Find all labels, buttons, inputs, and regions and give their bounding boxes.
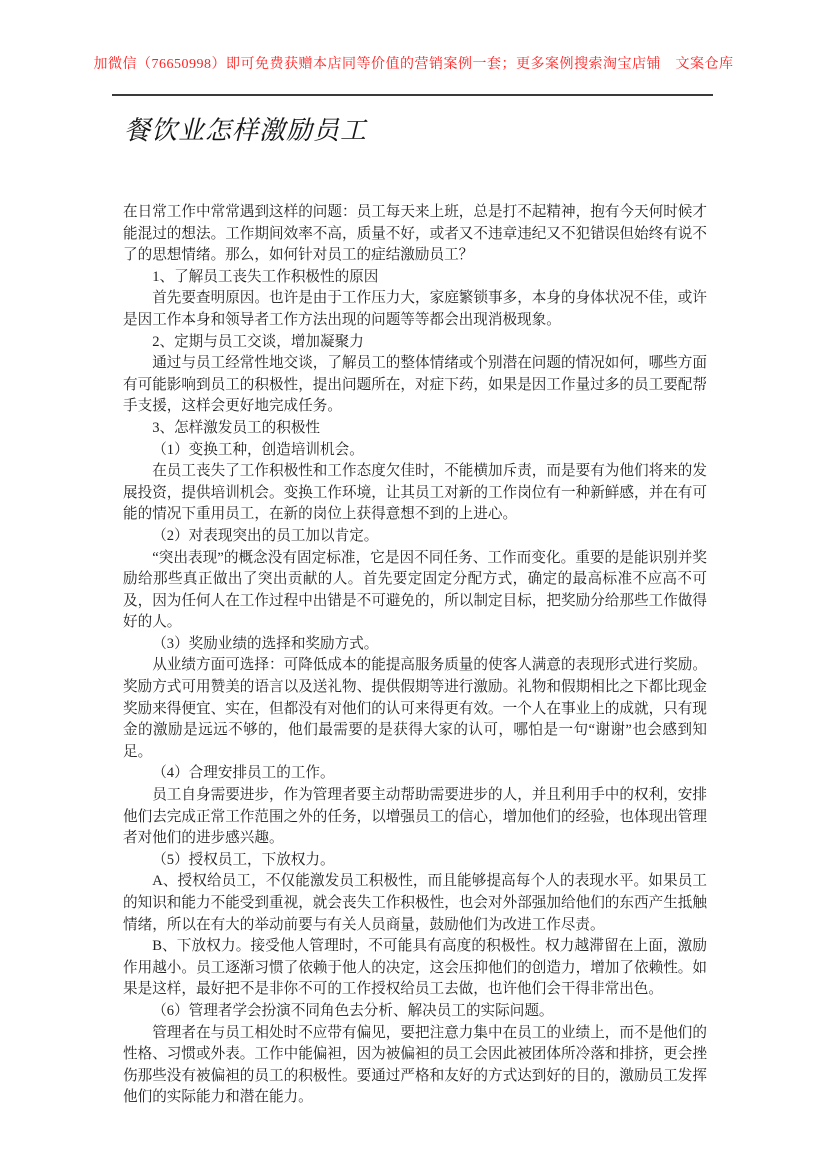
heading-sub-3: （3）奖励业绩的选择和奖励方式。: [123, 634, 707, 656]
header-promo-text: 加微信（76650998）即可免费获赠本店同等价值的营销案例一套；更多案例搜索淘…: [60, 53, 767, 73]
heading-sub-6: （6）管理者学会扮演不同角色去分析、解决员工的实际问题。: [123, 1001, 707, 1023]
heading-item-3: 3、怎样激发员工的积极性: [123, 418, 707, 440]
paragraph-intro: 在日常工作中常常遇到这样的问题：员工每天来上班，总是打不起精神，抱有今天何时候才…: [123, 202, 707, 267]
heading-sub-5: （5）授权员工，下放权力。: [123, 850, 707, 872]
header-divider: [112, 94, 713, 96]
paragraph-empower-a: A、授权给员工，不仅能激发员工积极性，而且能够提高每个人的表现水平。如果员工的知…: [123, 871, 707, 936]
heading-sub-1: （1）变换工种，创造培训机会。: [123, 440, 707, 462]
page-title: 餐饮业怎样激励员工: [124, 110, 367, 147]
paragraph-standout: “突出表现”的概念没有固定标准，它是因不同任务、工作而变化。重要的是能识别并奖励…: [123, 548, 707, 634]
heading-sub-4: （4）合理安排员工的工作。: [123, 763, 707, 785]
paragraph-arrange: 员工自身需要进步，作为管理者要主动帮助需要进步的人，并且利用手中的权利，安排他们…: [123, 785, 707, 850]
paragraph-training: 在员工丧失了工作积极性和工作态度欠佳时，不能横加斥责，而是要有为他们将来的发展投…: [123, 461, 707, 526]
paragraph-empower-b: B、下放权力。接受他人管理时，不可能具有高度的积极性。权力越滞留在上面，激励作用…: [123, 936, 707, 1001]
paragraph-rewards: 从业绩方面可选择：可降低成本的能提高服务质量的使客人满意的表现形式进行奖励。奖励…: [123, 655, 707, 763]
document-body: 在日常工作中常常遇到这样的问题：员工每天来上班，总是打不起精神，抱有今天何时候才…: [123, 202, 707, 1109]
heading-sub-2: （2）对表现突出的员工加以肯定。: [123, 526, 707, 548]
document-page: 加微信（76650998）即可免费获赠本店同等价值的营销案例一套；更多案例搜索淘…: [0, 0, 827, 1169]
paragraph-fairness: 管理者在与员工相处时不应带有偏见，要把注意力集中在员工的业绩上，而不是他们的性格…: [123, 1023, 707, 1109]
paragraph-reasons: 首先要查明原因。也许是由于工作压力大，家庭繁锁事多，本身的身体状况不佳，或许是因…: [123, 288, 707, 331]
heading-item-1: 1、了解员工丧失工作积极性的原因: [123, 267, 707, 289]
paragraph-talks: 通过与员工经常性地交谈，了解员工的整体情绪或个别潜在问题的情况如何，哪些方面有可…: [123, 353, 707, 418]
heading-item-2: 2、定期与员工交谈，增加凝聚力: [123, 332, 707, 354]
